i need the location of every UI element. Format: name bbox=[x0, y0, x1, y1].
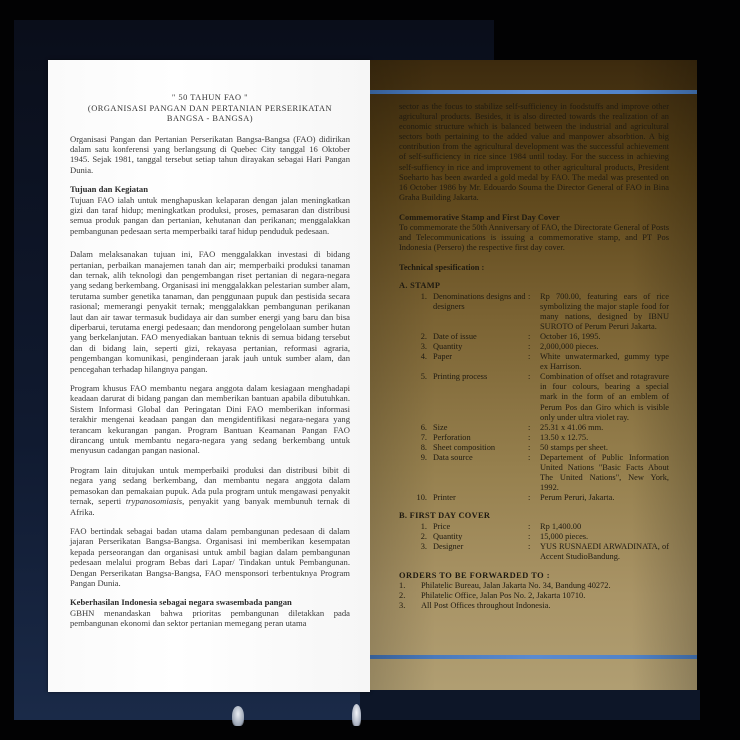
spec-number: 3. bbox=[399, 542, 433, 562]
para4-italic-term: trypanosomiasis bbox=[126, 496, 182, 506]
order-address-text: All Post Offices throughout Indonesia. bbox=[421, 601, 550, 611]
fdc-spec-list: 1.Price:Rp 1,400.002.Quantity:15,000 pie… bbox=[399, 522, 669, 562]
section-tujuan: Tujuan dan Kegiatan Tujuan FAO ialah unt… bbox=[70, 184, 350, 236]
spec-colon: : bbox=[528, 542, 540, 562]
section-keberhasilan: Keberhasilan Indonesia sebagai negara sw… bbox=[70, 597, 350, 628]
spec-label: Date of issue bbox=[433, 332, 528, 342]
spec-colon: : bbox=[528, 342, 540, 352]
spec-number: 5. bbox=[399, 372, 433, 422]
spec-label: Price bbox=[433, 522, 528, 532]
spec-row: 1.Price:Rp 1,400.00 bbox=[399, 522, 669, 532]
spec-row: 9.Data source:Departement of Public Info… bbox=[399, 453, 669, 493]
spec-row: 2.Date of issue:October 16, 1995. bbox=[399, 332, 669, 342]
title-line-3: BANGSA - BANGSA) bbox=[70, 114, 350, 125]
spec-label: Paper bbox=[433, 352, 528, 372]
spec-colon: : bbox=[528, 352, 540, 372]
binder-clip-left bbox=[232, 706, 244, 726]
spec-colon: : bbox=[528, 493, 540, 503]
spec-value: Rp 700.00, featuring ears of rice symbol… bbox=[540, 292, 669, 332]
orders-heading: ORDERS TO BE FORWARDED TO : bbox=[399, 571, 669, 581]
spec-value: Rp 1,400.00 bbox=[540, 522, 669, 532]
spec-value: Perum Peruri, Jakarta. bbox=[540, 493, 669, 503]
spec-label: Quantity bbox=[433, 342, 528, 352]
spec-value: 50 stamps per sheet. bbox=[540, 443, 669, 453]
order-address-item: 2.Philatelic Office, Jalan Pos No. 2, Ja… bbox=[399, 591, 669, 601]
spec-row: 2.Quantity:15,000 pieces. bbox=[399, 532, 669, 542]
spec-label: Printing process bbox=[433, 372, 528, 422]
paragraph-program-lain: Program lain ditujukan untuk memperbaiki… bbox=[70, 465, 350, 517]
spec-colon: : bbox=[528, 443, 540, 453]
spec-row: 8.Sheet composition:50 stamps per sheet. bbox=[399, 443, 669, 453]
spec-value: Combination of offset and rotagravure in… bbox=[540, 372, 669, 422]
spec-label: Quantity bbox=[433, 532, 528, 542]
spec-row: 7.Perforation:13.50 x 12.75. bbox=[399, 433, 669, 443]
spec-label: Data source bbox=[433, 453, 528, 493]
top-blue-rule bbox=[370, 90, 697, 94]
section-text-keberhasilan: GBHN menandaskan bahwa prioritas pembang… bbox=[70, 608, 350, 629]
spec-colon: : bbox=[528, 292, 540, 332]
spec-row: 6.Size:25.31 x 41.06 mm. bbox=[399, 423, 669, 433]
spec-number: 4. bbox=[399, 352, 433, 372]
spec-colon: : bbox=[528, 332, 540, 342]
spec-value: October 16, 1995. bbox=[540, 332, 669, 342]
spec-number: 7. bbox=[399, 433, 433, 443]
title-line-1: " 50 TAHUN FAO " bbox=[70, 93, 350, 104]
spec-value: Departement of Public Information United… bbox=[540, 453, 669, 493]
spec-colon: : bbox=[528, 532, 540, 542]
spec-value: 15,000 pieces. bbox=[540, 532, 669, 542]
spec-number: 2. bbox=[399, 532, 433, 542]
technical-specification-heading: Technical spesification : bbox=[399, 263, 669, 273]
intro-paragraph: Organisasi Pangan dan Pertanian Perserik… bbox=[70, 134, 350, 176]
section-heading-keberhasilan: Keberhasilan Indonesia sebagai negara sw… bbox=[70, 597, 350, 607]
spec-number: 2. bbox=[399, 332, 433, 342]
fdc-section-heading: B. FIRST DAY COVER bbox=[399, 511, 669, 521]
spec-row: 5.Printing process:Combination of offset… bbox=[399, 372, 669, 422]
spec-value: 2,000,000 pieces. bbox=[540, 342, 669, 352]
spec-label: Printer bbox=[433, 493, 528, 503]
right-page: sector as the focus to stabilize self-su… bbox=[370, 60, 697, 690]
order-address-item: 1.Philatelic Bureau, Jalan Jakarta No. 3… bbox=[399, 581, 669, 591]
stamp-spec-list: 1.Denominations designs and designers:Rp… bbox=[399, 292, 669, 504]
spec-value: 13.50 x 12.75. bbox=[540, 433, 669, 443]
order-number: 2. bbox=[399, 591, 421, 601]
left-page-content: " 50 TAHUN FAO " (ORGANISASI PANGAN DAN … bbox=[70, 93, 350, 638]
spec-row: 10.Printer:Perum Peruri, Jakarta. bbox=[399, 493, 669, 503]
spec-row: 1.Denominations designs and designers:Rp… bbox=[399, 292, 669, 332]
spec-number: 8. bbox=[399, 443, 433, 453]
spec-colon: : bbox=[528, 423, 540, 433]
english-intro-paragraph: sector as the focus to stabilize self-su… bbox=[399, 102, 669, 203]
paragraph-pembangunan-pedesaan: FAO bertindak sebagai badan utama dalam … bbox=[70, 526, 350, 588]
spec-label: Size bbox=[433, 423, 528, 433]
order-address-item: 3.All Post Offices throughout Indonesia. bbox=[399, 601, 669, 611]
paragraph-program-khusus: Program khusus FAO membantu negara anggo… bbox=[70, 383, 350, 456]
commemorative-heading: Commemorative Stamp and First Day Cover bbox=[399, 213, 669, 223]
left-page: " 50 TAHUN FAO " (ORGANISASI PANGAN DAN … bbox=[48, 60, 370, 692]
spec-row: 3.Designer:YUS RUSNAEDI ARWADINATA, of A… bbox=[399, 542, 669, 562]
order-number: 1. bbox=[399, 581, 421, 591]
spec-label: Perforation bbox=[433, 433, 528, 443]
spec-row: 4.Paper:White unwatermarked, gummy type … bbox=[399, 352, 669, 372]
right-page-content: sector as the focus to stabilize self-su… bbox=[399, 102, 669, 611]
spec-row: 3.Quantity:2,000,000 pieces. bbox=[399, 342, 669, 352]
spec-label: Sheet composition bbox=[433, 443, 528, 453]
spec-number: 10. bbox=[399, 493, 433, 503]
orders-list: 1.Philatelic Bureau, Jalan Jakarta No. 3… bbox=[399, 581, 669, 611]
spec-colon: : bbox=[528, 453, 540, 493]
document-title: " 50 TAHUN FAO " (ORGANISASI PANGAN DAN … bbox=[70, 93, 350, 125]
spec-number: 1. bbox=[399, 522, 433, 532]
commemorative-paragraph: To commemorate the 50th Anniversary of F… bbox=[399, 223, 669, 253]
backing-board-lower bbox=[360, 690, 700, 720]
spec-value: 25.31 x 41.06 mm. bbox=[540, 423, 669, 433]
spec-number: 9. bbox=[399, 453, 433, 493]
order-address-text: Philatelic Bureau, Jalan Jakarta No. 34,… bbox=[421, 581, 611, 591]
section-text-tujuan: Tujuan FAO ialah untuk menghapuskan kela… bbox=[70, 195, 350, 237]
spec-number: 1. bbox=[399, 292, 433, 332]
spec-value: White unwatermarked, gummy type ex Harri… bbox=[540, 352, 669, 372]
binder-clip-right bbox=[352, 704, 361, 726]
spec-value: YUS RUSNAEDI ARWADINATA, of Accent Studi… bbox=[540, 542, 669, 562]
spec-number: 3. bbox=[399, 342, 433, 352]
spec-colon: : bbox=[528, 433, 540, 443]
section-heading-tujuan: Tujuan dan Kegiatan bbox=[70, 184, 350, 194]
spec-colon: : bbox=[528, 372, 540, 422]
title-line-2: (ORGANISASI PANGAN DAN PERTANIAN PERSERI… bbox=[70, 104, 350, 115]
spec-label: Designer bbox=[433, 542, 528, 562]
stamp-section-heading: A. STAMP bbox=[399, 281, 669, 291]
spec-number: 6. bbox=[399, 423, 433, 433]
spec-colon: : bbox=[528, 522, 540, 532]
order-number: 3. bbox=[399, 601, 421, 611]
spec-label: Denominations designs and designers bbox=[433, 292, 528, 332]
order-address-text: Philatelic Office, Jalan Pos No. 2, Jaka… bbox=[421, 591, 585, 601]
bottom-blue-rule bbox=[370, 655, 697, 659]
paragraph-investasi: Dalam melaksanakan tujuan ini, FAO mengg… bbox=[70, 249, 350, 374]
